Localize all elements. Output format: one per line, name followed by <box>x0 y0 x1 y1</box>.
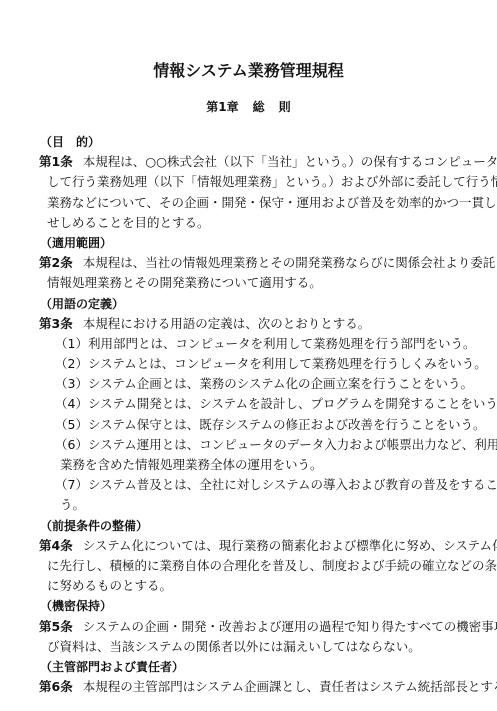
article-number: 第4条 <box>39 538 73 553</box>
item-text: （1）利用部門とは、コンピュータを利用して業務処理を行う部門をいう。 <box>39 334 439 354</box>
article-2: 第2条本規程は、当社の情報処理業務とその開発業務ならびに関係会社より委託された … <box>39 253 439 293</box>
section-heading: （主管部門および責任者） <box>40 657 439 677</box>
article-4: 第4条システム化については、現行業務の簡素化および標準化に努め、システム化計画 … <box>39 536 439 597</box>
item-text: （3）システム企画とは、業務のシステム化の企画立案を行うことをいう。 <box>39 374 439 394</box>
article-text: 本規程における用語の定義は、次のとおりとする。 <box>83 316 371 331</box>
article-number: 第5条 <box>39 619 73 634</box>
article-text: に先行し、積極的に業務自体の合理化を普及し、制度および手続の確立などの条件整備 <box>39 556 439 576</box>
article-text: システムの企画・開発・改善および運用の過程で知り得たすべての機密事項およ <box>83 619 497 634</box>
article-text: び資料は、当該システムの関係者以外には漏えいしてはならない。 <box>39 637 439 657</box>
definition-item-6: （6）システム運用とは、コンピュータのデータ入力および帳票出力など、利用部門の … <box>39 435 439 475</box>
item-text: う。 <box>39 495 439 515</box>
article-text: 本規程は、○○株式会社（以下「当社」という。）の保有するコンピュータを使用 <box>83 154 497 169</box>
chapter-name-part: 則 <box>279 100 291 114</box>
item-text: （2）システムとは、コンピュータを利用して業務処理を行うしくみをいう。 <box>39 354 439 374</box>
definition-item-4: （4）システム開発とは、システムを設計し、プログラムを開発することをいう。 <box>39 394 439 414</box>
item-text: 業務を含めた情報処理業務全体の運用をいう。 <box>39 455 439 475</box>
item-text: （7）システム普及とは、全社に対しシステムの導入および教育の普及をすることをい <box>39 475 439 495</box>
article-number: 第6条 <box>39 679 73 694</box>
definition-item-2: （2）システムとは、コンピュータを利用して業務処理を行うしくみをいう。 <box>39 354 439 374</box>
article-number: 第2条 <box>39 255 73 270</box>
article-text: 情報処理業務とその開発業務について適用する。 <box>39 273 439 293</box>
article-text: に努めるものとする。 <box>39 576 439 596</box>
document-body: （目 的） 第1条本規程は、○○株式会社（以下「当社」という。）の保有するコンピ… <box>39 132 439 697</box>
definition-item-7: （7）システム普及とは、全社に対しシステムの導入および教育の普及をすることをい … <box>39 475 439 515</box>
chapter-number: 第1章 <box>206 100 238 114</box>
chapter-heading: 第1章総則 <box>0 98 497 115</box>
article-text: 業務などについて、その企画・開発・保守・運用および普及を効率的かつ一貫して遂行 <box>39 193 439 213</box>
article-6: 第6条本規程の主管部門はシステム企画課とし、責任者はシステム統括部長とする。 <box>39 677 439 697</box>
item-text: （5）システム保守とは、既存システムの修正および改善を行うことをいう。 <box>39 415 439 435</box>
article-text: 本規程は、当社の情報処理業務とその開発業務ならびに関係会社より委託された <box>83 255 497 270</box>
definition-item-5: （5）システム保守とは、既存システムの修正および改善を行うことをいう。 <box>39 415 439 435</box>
article-text: せしめることを目的とする。 <box>39 213 439 233</box>
section-heading: （目 的） <box>40 132 439 152</box>
document-title: 情報システム業務管理規程 <box>0 58 497 81</box>
definition-item-1: （1）利用部門とは、コンピュータを利用して業務処理を行う部門をいう。 <box>39 334 439 354</box>
article-text: 本規程の主管部門はシステム企画課とし、責任者はシステム統括部長とする。 <box>83 679 497 694</box>
article-text: システム化については、現行業務の簡素化および標準化に努め、システム化計画 <box>83 538 497 553</box>
item-text: （6）システム運用とは、コンピュータのデータ入力および帳票出力など、利用部門の <box>39 435 439 455</box>
item-text: （4）システム開発とは、システムを設計し、プログラムを開発することをいう。 <box>39 394 439 414</box>
document-page: 情報システム業務管理規程 第1章総則 （目 的） 第1条本規程は、○○株式会社（… <box>0 0 497 711</box>
article-number: 第1条 <box>39 154 73 169</box>
definition-item-3: （3）システム企画とは、業務のシステム化の企画立案を行うことをいう。 <box>39 374 439 394</box>
section-heading: （適用範囲） <box>40 233 439 253</box>
chapter-name-part: 総 <box>253 100 265 114</box>
section-heading: （用語の定義） <box>40 294 439 314</box>
article-5: 第5条システムの企画・開発・改善および運用の過程で知り得たすべての機密事項およ … <box>39 617 439 657</box>
section-heading: （機密保持） <box>40 596 439 616</box>
section-heading: （前提条件の整備） <box>40 516 439 536</box>
article-3: 第3条本規程における用語の定義は、次のとおりとする。 （1）利用部門とは、コンピ… <box>39 314 439 516</box>
article-1: 第1条本規程は、○○株式会社（以下「当社」という。）の保有するコンピュータを使用… <box>39 152 439 233</box>
article-number: 第3条 <box>39 316 73 331</box>
article-text: して行う業務処理（以下「情報処理業務」という。）および外部に委託して行う情報処理 <box>39 172 439 192</box>
